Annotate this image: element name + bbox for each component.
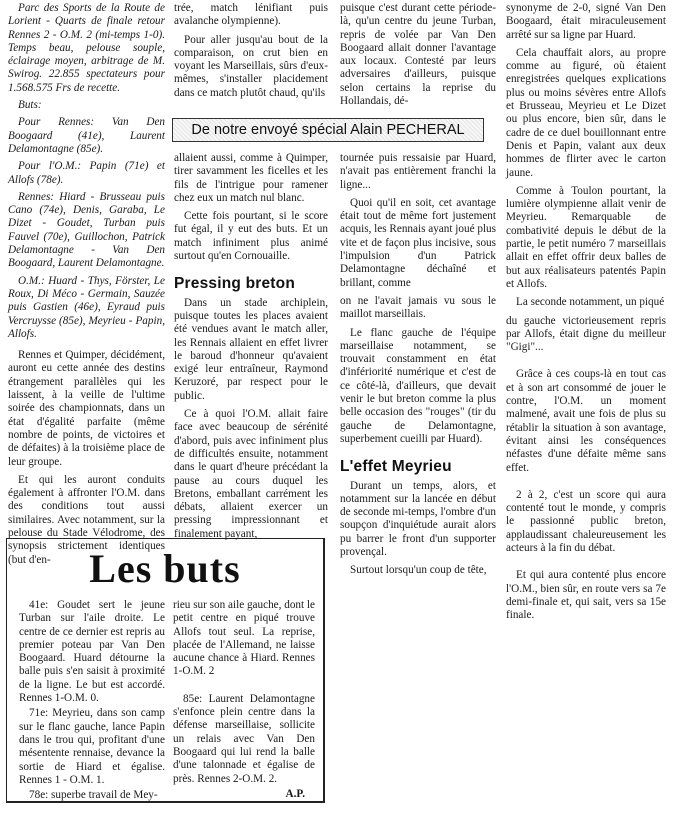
- paragraph: du gauche victorieusement repris par All…: [506, 315, 666, 355]
- paragraph: Le flanc gauche de l'équipe marseillaise…: [340, 327, 496, 447]
- paragraph: Pour aller jusqu'au bout de la comparais…: [174, 34, 328, 100]
- goal-entry: 78e: superbe travail de Mey-: [19, 789, 165, 802]
- paragraph: tournée puis ressaisie par Huard, n'avai…: [340, 152, 496, 192]
- paragraph: Cela chauffait alors, au propre comme au…: [506, 47, 666, 180]
- les-buts-box: Les buts 41e: Goudet sert le jeune Turba…: [6, 538, 325, 803]
- paragraph: Dans un stade archiplein, puisque toutes…: [174, 297, 328, 403]
- paragraph: 2 à 2, c'est un score qui aura contenté …: [506, 489, 666, 555]
- les-buts-left-column: 41e: Goudet sert le jeune Turban sur l'a…: [19, 599, 165, 804]
- paragraph: La seconde notamment, un piqué: [506, 296, 666, 309]
- paragraph: Surtout lorsqu'un coup de tête,: [340, 564, 496, 577]
- paragraph: trée, match lénifiant puis avalanche oly…: [174, 2, 328, 29]
- column-2: allaient aussi, comme à Quimper, tirer s…: [174, 152, 328, 546]
- paragraph: on ne l'avait jamais vu sous le maillot …: [340, 295, 496, 322]
- buts-rennes: Pour Rennes: Van Den Boogaard (41e), Lau…: [8, 116, 165, 156]
- goal-entry: 41e: Goudet sert le jeune Turban sur l'a…: [19, 599, 165, 705]
- goal-entry: rieu sur son aile gauche, dont le petit …: [173, 599, 315, 679]
- lineup-rennes: Rennes: Hiard - Brusseau puis Cano (74e)…: [8, 191, 165, 271]
- signature: A.P.: [173, 788, 315, 801]
- lineup-om: O.M.: Huard - Thys, Förster, Le Roux, Di…: [8, 275, 165, 341]
- column-3: tournée puis ressaisie par Huard, n'avai…: [340, 152, 496, 583]
- buts-om: Pour l'O.M.: Papin (71e) et Allofs (78e)…: [8, 160, 165, 187]
- column-2-top: trée, match lénifiant puis avalanche oly…: [174, 2, 328, 105]
- buts-label: Buts:: [8, 99, 165, 112]
- column-4: synonyme de 2-0, signé Van Den Boogaard,…: [506, 2, 666, 627]
- column-1: Parc des Sports de la Route de Lorient -…: [8, 2, 165, 572]
- match-info-header: Parc des Sports de la Route de Lorient -…: [8, 2, 165, 95]
- subheading-effet-meyrieu: L'effet Meyrieu: [340, 460, 496, 473]
- paragraph: puisque c'est durant cette période-là, q…: [340, 2, 496, 108]
- paragraph: Comme à Toulon pourtant, la lumière olym…: [506, 185, 666, 291]
- paragraph: allaient aussi, comme à Quimper, tirer s…: [174, 152, 328, 205]
- paragraph: Rennes et Quimper, décidément, auront eu…: [8, 349, 165, 469]
- paragraph: Cette fois pourtant, si le score fut éga…: [174, 210, 328, 263]
- paragraph: Et qui aura contenté plus encore l'O.M.,…: [506, 569, 666, 622]
- les-buts-title: Les buts: [7, 545, 323, 592]
- les-buts-right-column: rieu sur son aile gauche, dont le petit …: [173, 599, 315, 803]
- byline-box: De notre envoyé spécial Alain PECHERAL: [172, 118, 484, 142]
- column-3-top: puisque c'est durant cette période-là, q…: [340, 2, 496, 113]
- goal-entry: 85e: Laurent Delamontagne s'enfonce plei…: [173, 693, 315, 786]
- paragraph: Grâce à ces coups-là en tout cas et à so…: [506, 368, 666, 474]
- paragraph: synonyme de 2-0, signé Van Den Boogaard,…: [506, 2, 666, 42]
- subheading-pressing-breton: Pressing breton: [174, 277, 328, 290]
- paragraph: Durant un temps, alors, et notamment sur…: [340, 480, 496, 560]
- goal-entry: 71e: Meyrieu, dans son camp sur le flanc…: [19, 707, 165, 787]
- paragraph: Ce à quoi l'O.M. allait faire face avec …: [174, 408, 328, 541]
- paragraph: Quoi qu'il en soit, cet avantage était t…: [340, 197, 496, 290]
